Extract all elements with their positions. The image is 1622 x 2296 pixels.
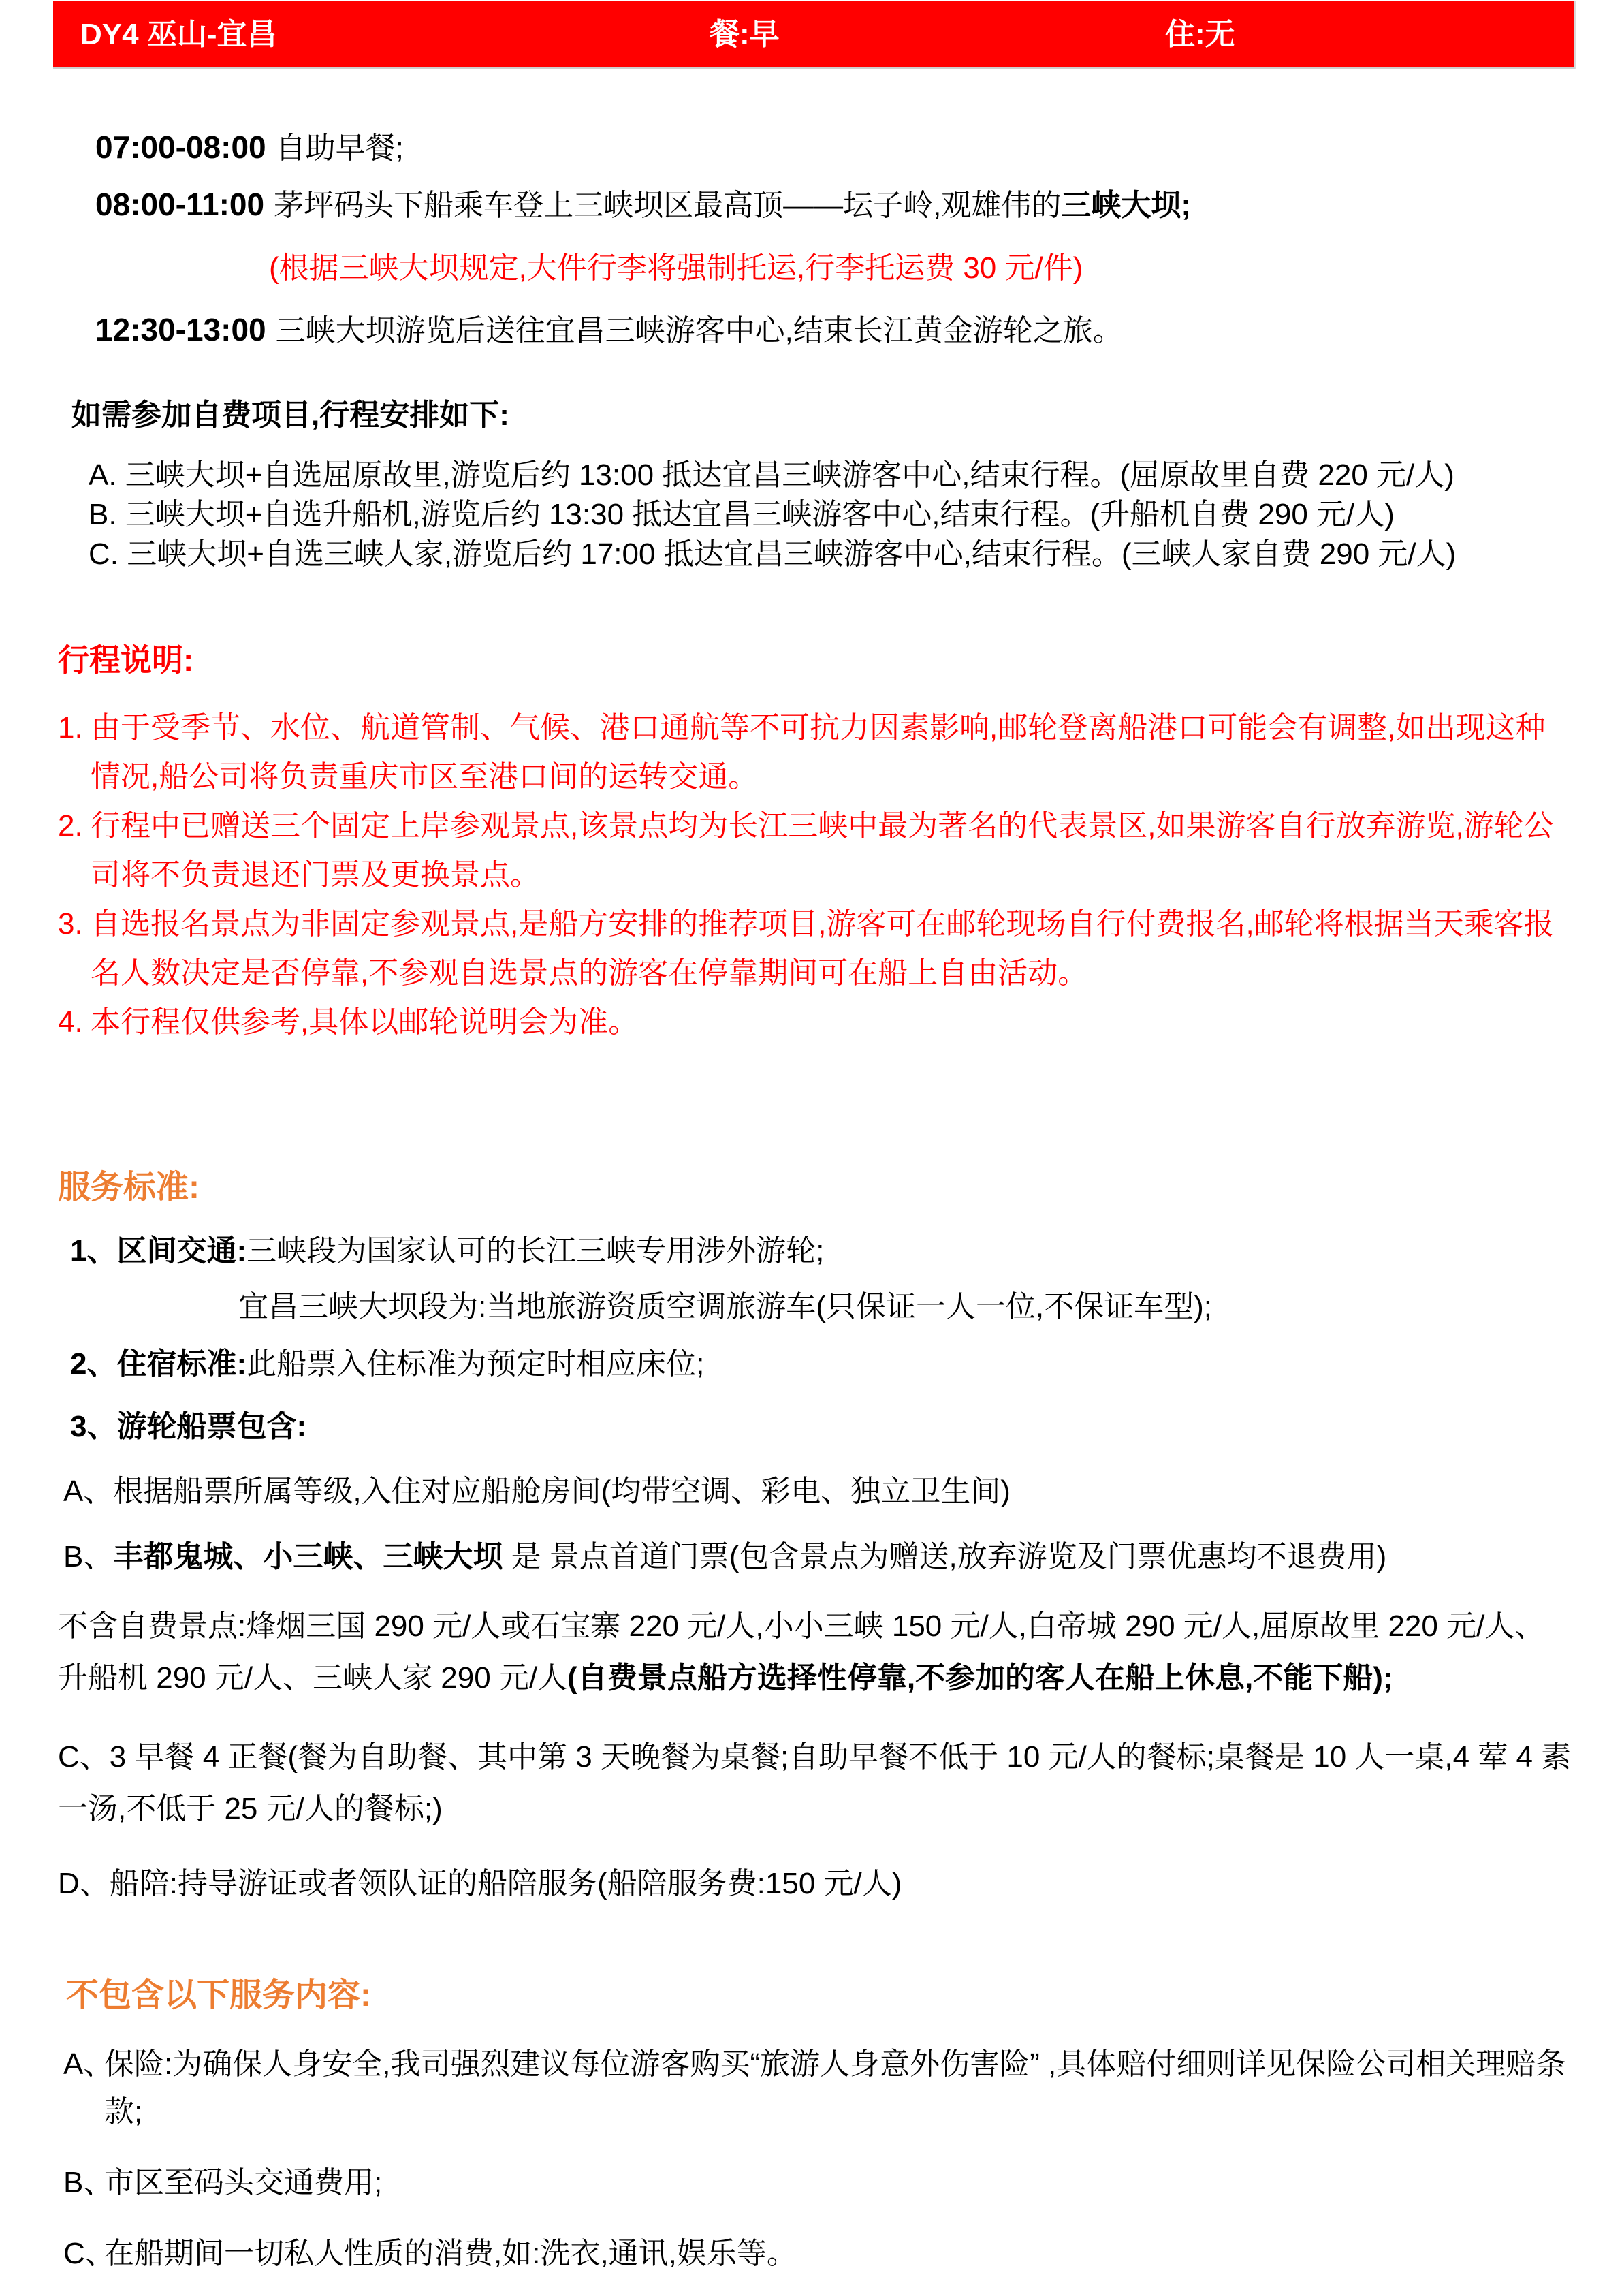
service-item-transport: 1、区间交通:三峡段为国家认可的长江三峡专用涉外游轮; bbox=[58, 1230, 1574, 1272]
excluded-item-transfer: B、市区至码头交通费用; bbox=[58, 2159, 1574, 2207]
schedule-text: 茅坪码头下船乘车登上三峡坝区最高顶——坛子岭,观雄伟的 bbox=[274, 189, 1061, 222]
trip-note-number: 1. bbox=[58, 704, 83, 753]
page-content: 07:00-08:00自助早餐; 08:00-11:00茅坪码头下船乘车登上三峡… bbox=[0, 0, 1622, 2278]
ticket-include-escort: D、船陪:持导游证或者领队证的船陪服务(船陪服务费:150 元/人) bbox=[58, 1862, 1574, 1906]
ticket-include-meals: C、3 早餐 4 正餐(餐为自助餐、其中第 3 天晚餐为桌餐;自助早餐不低于 1… bbox=[58, 1731, 1574, 1835]
service-item-ticket: 3、游轮船票包含: bbox=[58, 1406, 1574, 1448]
trip-note-text: 自选报名景点为非固定参观景点,是船方安排的推荐项目,游客可在邮轮现场自行付费报名… bbox=[91, 907, 1554, 990]
ticket-b-rest: 是 景点首道门票(包含景点为赠送,放弃游览及门票优惠均不退费用) bbox=[503, 1540, 1386, 1573]
trip-note-2: 2.行程中已赠送三个固定上岸参观景点,该景点均为长江三峡中最为著名的代表景区,如… bbox=[58, 802, 1574, 900]
service-item-text: 三峡段为国家认可的长江三峡专用涉外游轮; bbox=[247, 1234, 824, 1268]
trip-note-4: 4.本行程仅供参考,具体以邮轮说明会为准。 bbox=[58, 998, 1574, 1047]
service-item-label: 游轮船票包含: bbox=[116, 1410, 306, 1443]
schedule-time: 07:00-08:00 bbox=[95, 129, 266, 165]
luggage-note: (根据三峡大坝规定,大件行李将强制托运,行李托运费 30 元/件) bbox=[269, 247, 1574, 289]
excluded-item-text: 市区至码头交通费用; bbox=[104, 2166, 382, 2199]
excluded-item-label: C、 bbox=[63, 2230, 115, 2278]
service-item-lodging: 2、住宿标准:此船票入住标准为预定时相应床位; bbox=[58, 1343, 1574, 1385]
self-funded-sights-bold: (自费景点船方选择性停靠,不参加的客人在船上休息,不能下船); bbox=[567, 1661, 1393, 1695]
service-standard-heading: 服务标准: bbox=[58, 1166, 1574, 1210]
schedule-text: 自助早餐; bbox=[276, 131, 404, 165]
trip-note-1: 1.由于受季节、水位、航道管制、气候、港口通航等不可抗力因素影响,邮轮登离船港口… bbox=[58, 704, 1574, 802]
schedule-row-breakfast: 07:00-08:00自助早餐; bbox=[58, 126, 1574, 170]
service-item-label: 住宿标准: bbox=[116, 1347, 247, 1381]
service-item-number: 3、 bbox=[70, 1410, 116, 1443]
schedule-time: 12:30-13:00 bbox=[95, 312, 266, 347]
excluded-item-label: B、 bbox=[63, 2159, 113, 2207]
excluded-item-text: 保险:为确保人身安全,我司强烈建议每位游客购买“旅游人身意外伤害险” ,具体赔付… bbox=[104, 2047, 1565, 2128]
excluded-item-text: 在船期间一切私人性质的消费,如:洗衣,通讯,娱乐等。 bbox=[104, 2237, 797, 2270]
schedule-row-departure: 12:30-13:00三峡大坝游览后送往宜昌三峡游客中心,结束长江黄金游轮之旅。 bbox=[58, 309, 1574, 352]
meal-info: 餐:早 bbox=[710, 1, 780, 67]
trip-note-number: 2. bbox=[58, 802, 83, 851]
service-item-number: 2、 bbox=[70, 1347, 116, 1381]
schedule-text: 三峡大坝游览后送往宜昌三峡游客中心,结束长江黄金游轮之旅。 bbox=[276, 314, 1123, 347]
trip-note-text: 行程中已赠送三个固定上岸参观景点,该景点均为长江三峡中最为著名的代表景区,如果游… bbox=[91, 809, 1554, 892]
schedule-text-bold: 三峡大坝; bbox=[1061, 189, 1191, 222]
schedule-time: 08:00-11:00 bbox=[95, 187, 264, 222]
optional-items-list: A. 三峡大坝+自选屈原故里,游览后约 13:00 抵达宜昌三峡游客中心,结束行… bbox=[58, 456, 1574, 574]
optional-item-b: B. 三峡大坝+自选升船机,游览后约 13:30 抵达宜昌三峡游客中心,结束行程… bbox=[89, 495, 1574, 535]
service-item-label: 区间交通: bbox=[116, 1234, 247, 1268]
trip-note-3: 3.自选报名景点为非固定参观景点,是船方安排的推荐项目,游客可在邮轮现场自行付费… bbox=[58, 900, 1574, 998]
optional-item-c: C. 三峡大坝+自选三峡人家,游览后约 17:00 抵达宜昌三峡游客中心,结束行… bbox=[89, 535, 1574, 574]
ticket-include-cabin: A、根据船票所属等级,入住对应船舱房间(均带空调、彩电、独立卫生间) bbox=[58, 1470, 1574, 1513]
service-item-transport-sub: 宜昌三峡大坝段为:当地旅游资质空调旅游车(只保证一人一位,不保证车型); bbox=[58, 1286, 1574, 1328]
excluded-item-insurance: A、保险:为确保人身安全,我司强烈建议每位游客购买“旅游人身意外伤害险” ,具体… bbox=[58, 2041, 1574, 2136]
trip-note-text: 本行程仅供参考,具体以邮轮说明会为准。 bbox=[91, 1005, 638, 1039]
excluded-item-label: A、 bbox=[63, 2041, 113, 2088]
schedule-row-dam: 08:00-11:00茅坪码头下船乘车登上三峡坝区最高顶——坛子岭,观雄伟的三峡… bbox=[58, 183, 1574, 227]
day-title: DY4 巫山-宜昌 bbox=[80, 1, 276, 67]
ticket-include-sights: B、丰都鬼城、小三峡、三峡大坝 是 景点首道门票(包含景点为赠送,放弃游览及门票… bbox=[58, 1535, 1574, 1579]
stay-info: 住:无 bbox=[1165, 1, 1235, 67]
day-header-bar: DY4 巫山-宜昌 餐:早 住:无 bbox=[53, 1, 1576, 69]
excluded-services-heading: 不包含以下服务内容: bbox=[58, 1974, 1574, 2017]
self-funded-sights-para: 不含自费景点:烽烟三国 290 元/人或石宝寨 220 元/人,小小三峡 150… bbox=[58, 1601, 1574, 1704]
optional-items-heading: 如需参加自费项目,行程安排如下: bbox=[58, 394, 1574, 437]
ticket-b-label: B、 bbox=[63, 1540, 113, 1573]
trip-note-text: 由于受季节、水位、航道管制、气候、港口通航等不可抗力因素影响,邮轮登离船港口可能… bbox=[91, 711, 1545, 793]
service-item-number: 1、 bbox=[70, 1234, 116, 1268]
optional-item-a: A. 三峡大坝+自选屈原故里,游览后约 13:00 抵达宜昌三峡游客中心,结束行… bbox=[89, 456, 1574, 495]
trip-notes-list: 1.由于受季节、水位、航道管制、气候、港口通航等不可抗力因素影响,邮轮登离船港口… bbox=[58, 704, 1574, 1047]
ticket-b-sights-bold: 丰都鬼城、小三峡、三峡大坝 bbox=[113, 1540, 503, 1573]
trip-notes-heading: 行程说明: bbox=[58, 639, 1574, 681]
trip-note-number: 4. bbox=[58, 998, 83, 1047]
service-item-text: 此船票入住标准为预定时相应床位; bbox=[247, 1347, 704, 1381]
itinerary-page: DY4 巫山-宜昌 餐:早 住:无 07:00-08:00自助早餐; 08:00… bbox=[0, 0, 1622, 2296]
trip-note-number: 3. bbox=[58, 900, 83, 949]
excluded-item-personal: C、在船期间一切私人性质的消费,如:洗衣,通讯,娱乐等。 bbox=[58, 2230, 1574, 2278]
